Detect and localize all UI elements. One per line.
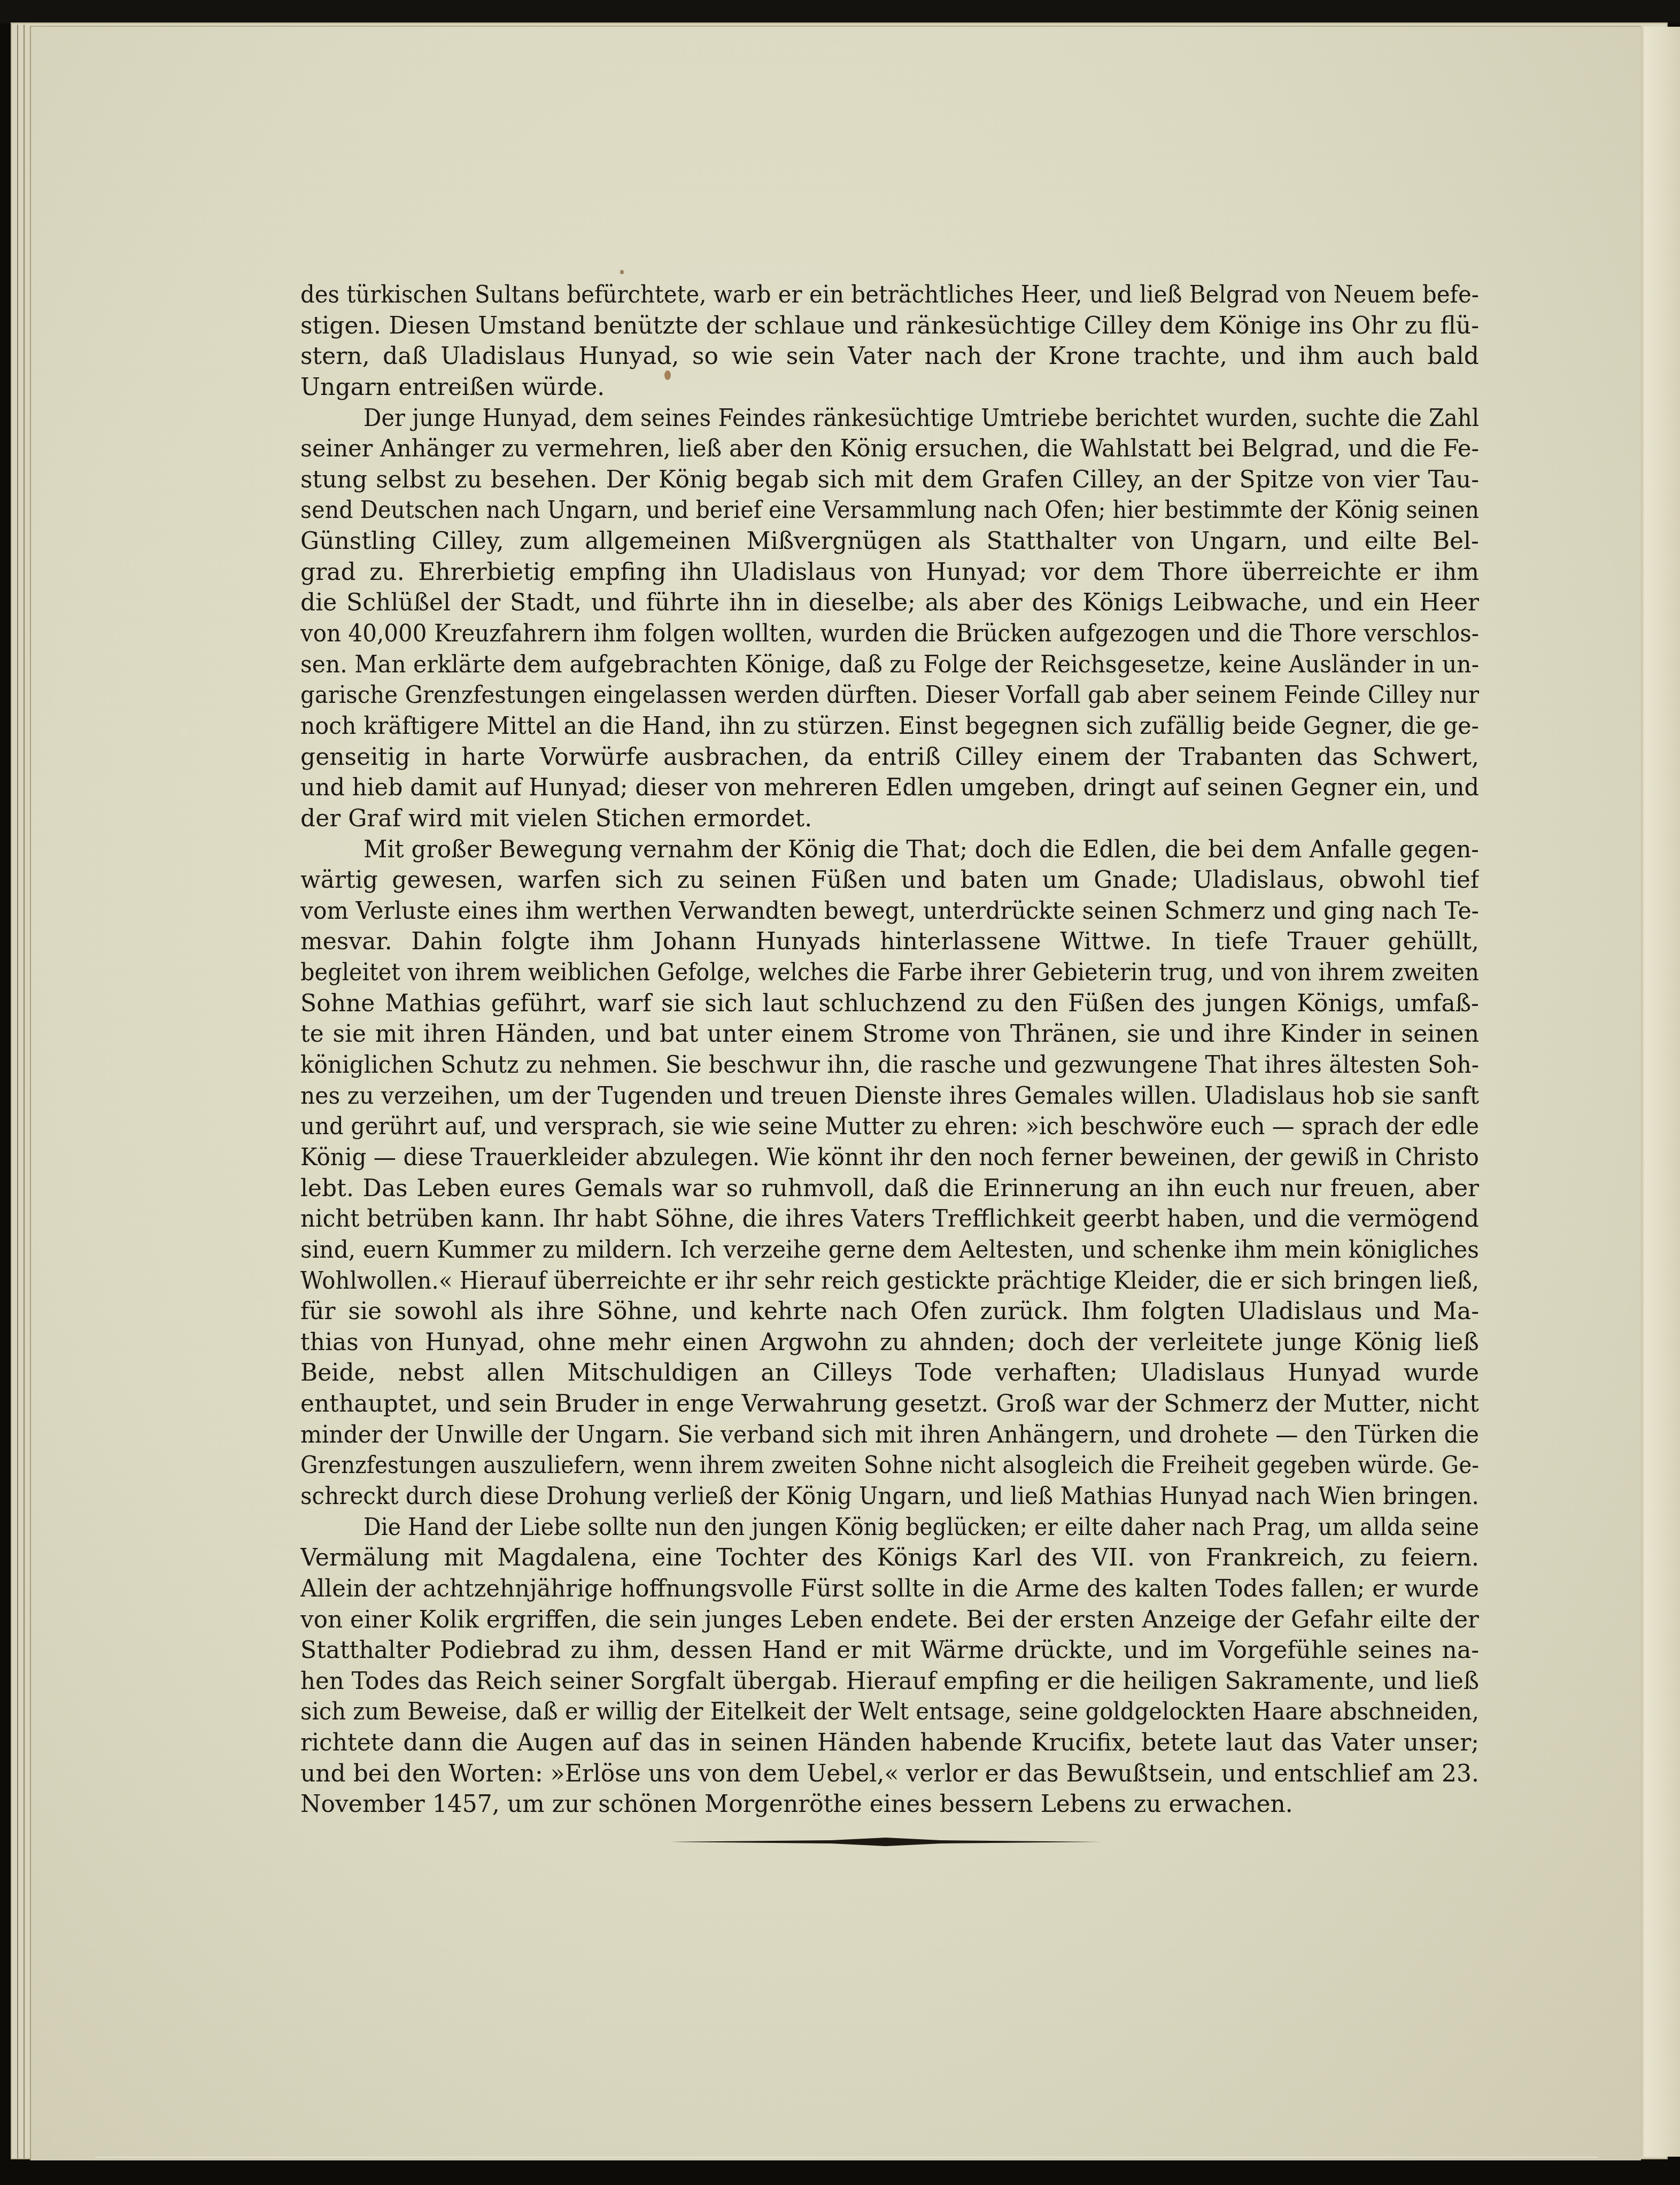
end-ornament-rule [671,1837,1101,1847]
text-line: hen Todes das Reich seiner Sorgfalt über… [300,1666,1479,1697]
text-line: lebt. Das Leben eures Gemals war so ruhm… [300,1173,1479,1204]
text-line: nicht betrüben kann. Ihr habt Söhne, die… [300,1204,1479,1235]
text-line: richtete dann die Augen auf das in seine… [300,1727,1479,1758]
text-line: Die Hand der Liebe sollte nun den jungen… [300,1512,1479,1543]
text-line: send Deutschen nach Ungarn, und berief e… [300,495,1479,526]
text-line: von 40,000 Kreuzfahrern ihm folgen wollt… [300,618,1479,649]
text-line: mesvar. Dahin folgte ihm Johann Hunyads … [300,926,1479,957]
text-line: nes zu verzeihen, um der Tugenden und tr… [300,1081,1479,1112]
text-line: begleitet von ihrem weiblichen Gefolge, … [300,957,1479,988]
text-line: für sie sowohl als ihre Söhne, und kehrt… [300,1296,1479,1327]
ink-speck [620,270,624,274]
text-line: Der junge Hunyad, dem seines Feindes rän… [300,403,1479,434]
text-line: seiner Anhänger zu vermehren, ließ aber … [300,433,1479,464]
text-line: schreckt durch diese Drohung verließ der… [300,1481,1479,1512]
text-line: thias von Hunyad, ohne mehr einen Argwoh… [300,1327,1479,1358]
text-line: genseitig in harte Vorwürfe ausbrachen, … [300,742,1479,773]
text-line: Allein der achtzehnjährige hoffnungsvoll… [300,1574,1479,1605]
text-line: garische Grenzfestungen eingelassen werd… [300,680,1479,711]
scanner-backdrop [0,0,1680,24]
text-line: stung selbst zu besehen. Der König begab… [300,464,1479,495]
text-line: Beide, nebst allen Mitschuldigen an Cill… [300,1358,1479,1389]
ornament-rule-icon [671,1837,1101,1847]
text-line: Vermälung mit Magdalena, eine Tochter de… [300,1543,1479,1574]
text-line: enthauptet, und sein Bruder in enge Verw… [300,1389,1479,1420]
text-line: vom Verluste eines ihm werthen Verwandte… [300,896,1479,927]
text-line: minder der Unwille der Ungarn. Sie verba… [300,1420,1479,1451]
text-line: des türkischen Sultans befürchtete, warb… [300,280,1479,311]
text-line: Ungarn entreißen würde. [300,372,1479,403]
text-line: Günstling Cilley, zum allgemeinen Mißver… [300,526,1479,557]
text-line: te sie mit ihren Händen, und bat unter e… [300,1019,1479,1050]
text-line: und hieb damit auf Hunyad; dieser von me… [300,772,1479,803]
text-line: grad zu. Ehrerbietig empfing ihn Uladisl… [300,557,1479,588]
text-line: Statthalter Podiebrad zu ihm, dessen Han… [300,1635,1479,1666]
body-text: des türkischen Sultans befürchtete, warb… [300,280,1479,1820]
text-line: sen. Man erklärte dem aufgebrachten Köni… [300,649,1479,680]
text-line: der Graf wird mit vielen Stichen ermorde… [300,803,1479,834]
text-line: Mit großer Bewegung vernahm der König di… [300,834,1479,865]
text-line: und gerührt auf, und versprach, sie wie … [300,1111,1479,1142]
page-bottom-crease [95,2157,1598,2158]
text-line: wärtig gewesen, warfen sich zu seinen Fü… [300,865,1479,896]
text-line: November 1457, um zur schönen Morgenröth… [300,1789,1479,1820]
text-line: königlichen Schutz zu nehmen. Sie beschw… [300,1050,1479,1081]
text-line: Sohne Mathias geführt, warf sie sich lau… [300,988,1479,1019]
text-line: noch kräftigere Mittel an die Hand, ihn … [300,711,1479,742]
text-line: stern, daß Uladislaus Hunyad, so wie sei… [300,341,1479,372]
text-line: sich zum Beweise, daß er willig der Eite… [300,1696,1479,1727]
text-line: sind, euern Kummer zu mildern. Ich verze… [300,1235,1479,1266]
text-line: und bei den Worten: »Erlöse uns von dem … [300,1758,1479,1789]
text-line: Grenzfestungen auszuliefern, wenn ihrem … [300,1450,1479,1481]
text-line: Wohlwollen.« Hierauf überreichte er ihr … [300,1266,1479,1297]
text-line: König — diese Trauerkleider abzulegen. W… [300,1142,1479,1173]
text-line: die Schlüßel der Stadt, und führte ihn i… [300,587,1479,618]
text-line: von einer Kolik ergriffen, die sein jung… [300,1605,1479,1636]
text-line: stigen. Diesen Umstand benützte der schl… [300,311,1479,342]
adjacent-page-edge [1639,27,1680,2157]
